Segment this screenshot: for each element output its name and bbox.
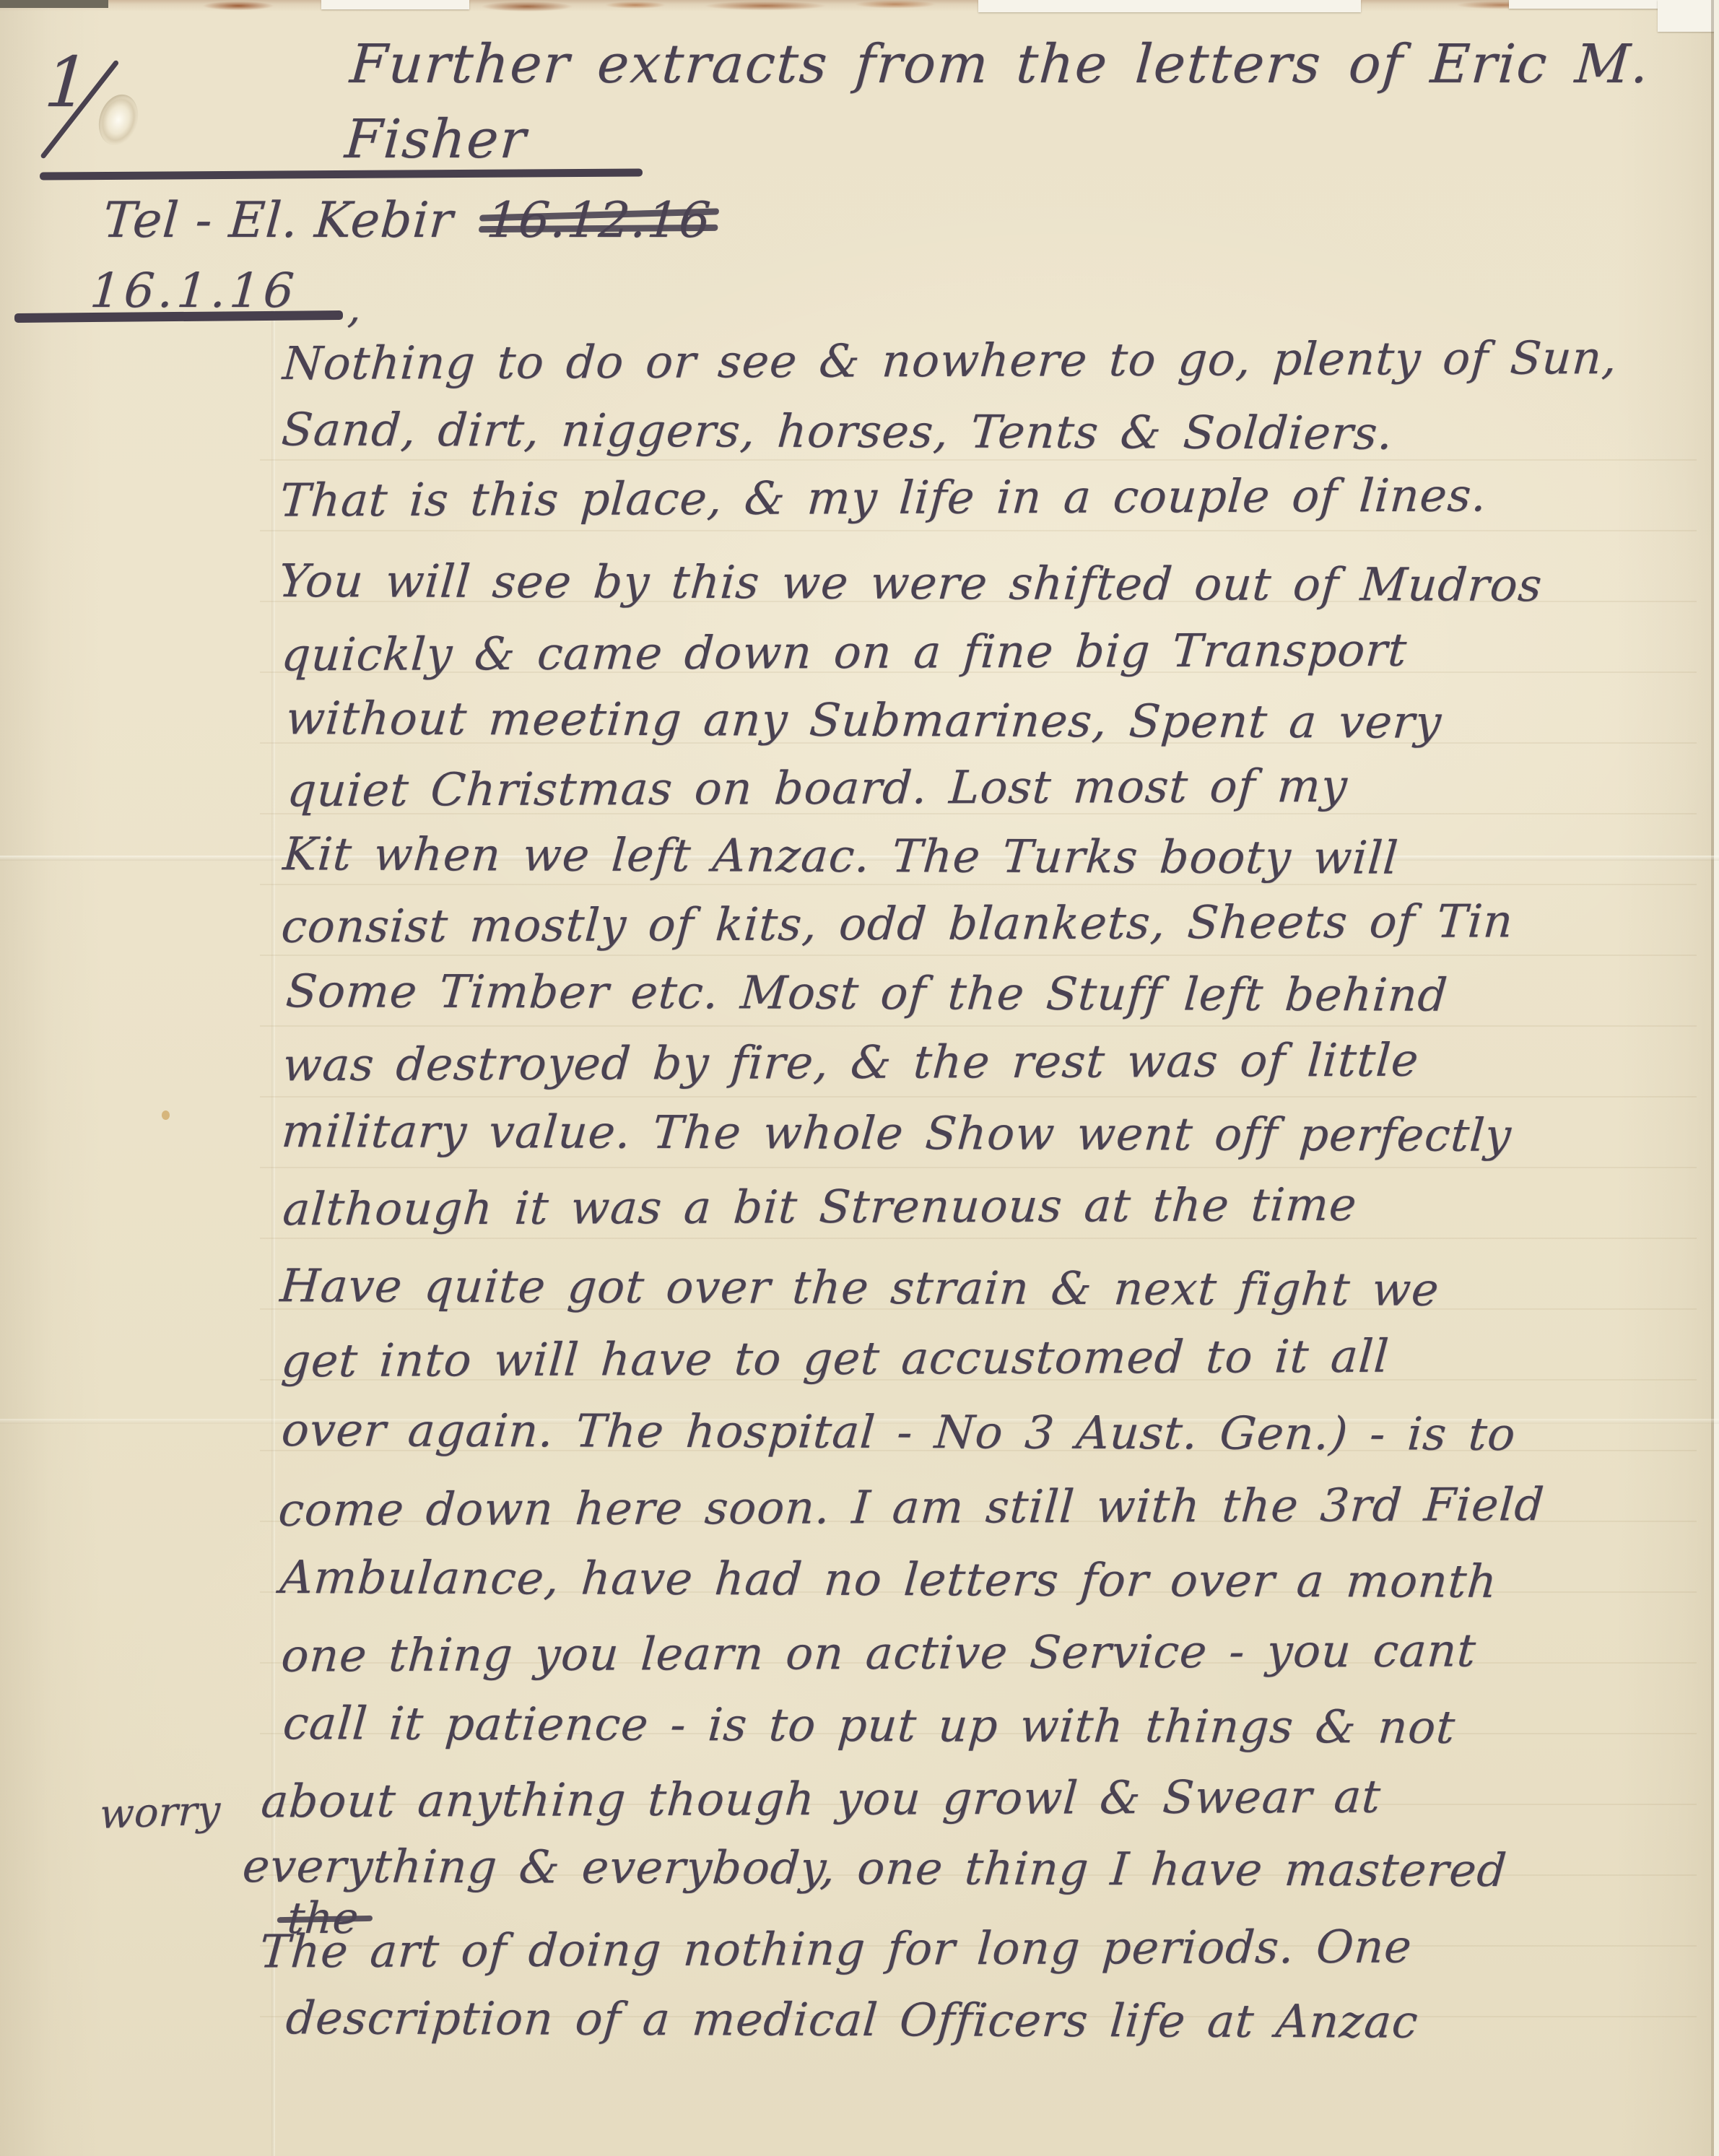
- body-line: Ambulance, have had no letters for over …: [279, 1555, 1499, 1604]
- body-line: Have quite got over the strain & next fi…: [279, 1263, 1441, 1313]
- body-line: Sand, dirt, niggers, horses, Tents & Sol…: [280, 407, 1395, 456]
- backing-paper-sliver: [321, 0, 469, 9]
- title-line-1: Further extracts from the letters of Eri…: [348, 33, 1652, 95]
- body-line: Some Timber etc. Most of the Stuff left …: [284, 968, 1450, 1018]
- body-line: was destroyed by fire, & the rest was of…: [282, 1038, 1421, 1088]
- date-underline: [14, 310, 343, 323]
- body-line: one thing you learn on active Service - …: [280, 1627, 1478, 1678]
- body-line: without meeting any Submarines, Spent a …: [284, 695, 1443, 745]
- body-line: Nothing to do or see & nowhere to go, pl…: [282, 335, 1619, 386]
- backing-paper-sliver: [1509, 0, 1661, 9]
- body-line: military value. The whole Show went off …: [280, 1108, 1513, 1158]
- backing-paper-sliver: [978, 0, 1361, 12]
- body-line: description of a medical Officers life a…: [284, 1995, 1420, 2044]
- body-line: consist mostly of kits, odd blankets, Sh…: [280, 898, 1515, 949]
- title-underline: [40, 168, 643, 180]
- letter-date: 16.1.16: [88, 263, 299, 318]
- top-left-dark-edge: [0, 0, 108, 8]
- body-line: You will see by this we were shifted out…: [277, 558, 1544, 608]
- place-name: Tel - El. Kebir: [101, 192, 455, 249]
- right-edge-seam: [1711, 0, 1714, 2156]
- body-line: The art of doing nothing for long period…: [258, 1924, 1414, 1975]
- body-line: over again. The hospital - No 3 Aust. Ge…: [280, 1407, 1518, 1457]
- title-line-2: Fisher: [343, 108, 529, 170]
- dateline: Tel - El. Kebir16.12.16: [101, 192, 713, 249]
- body-line: Kit when we left Anzac. The Turks booty …: [282, 831, 1400, 880]
- letter-page: 1 Further extracts from the letters of E…: [0, 0, 1719, 2156]
- body-line: call it patience - is to put up with thi…: [282, 1700, 1457, 1750]
- foxing-stain-band: [0, 0, 1719, 29]
- struck-date: 16.12.16: [484, 192, 713, 249]
- body-line: quiet Christmas on board. Lost most of m…: [286, 763, 1349, 813]
- date-comma-mark: ,: [347, 283, 363, 332]
- body-line: everything & everybody, one thing I have…: [241, 1843, 1509, 1893]
- paper-spot: [162, 1110, 170, 1120]
- struck-out-word: the: [286, 1893, 360, 1944]
- margin-note-worry: worry: [99, 1787, 221, 1838]
- page-number: 1: [42, 42, 92, 123]
- body-line: That is this place, & my life in a coupl…: [279, 472, 1489, 523]
- body-line: get into will have to get accustomed to …: [280, 1334, 1391, 1384]
- body-line: quickly & came down on a fine big Transp…: [280, 627, 1409, 678]
- body-line: come down here soon. I am still with the…: [277, 1482, 1546, 1533]
- body-line: about anything though you growl & Swear …: [260, 1774, 1383, 1825]
- paper-blemish: [92, 90, 144, 151]
- backing-paper-corner: [1658, 0, 1719, 32]
- body-line: although it was a bit Strenuous at the t…: [282, 1182, 1359, 1232]
- right-page-edge: [1714, 0, 1719, 2156]
